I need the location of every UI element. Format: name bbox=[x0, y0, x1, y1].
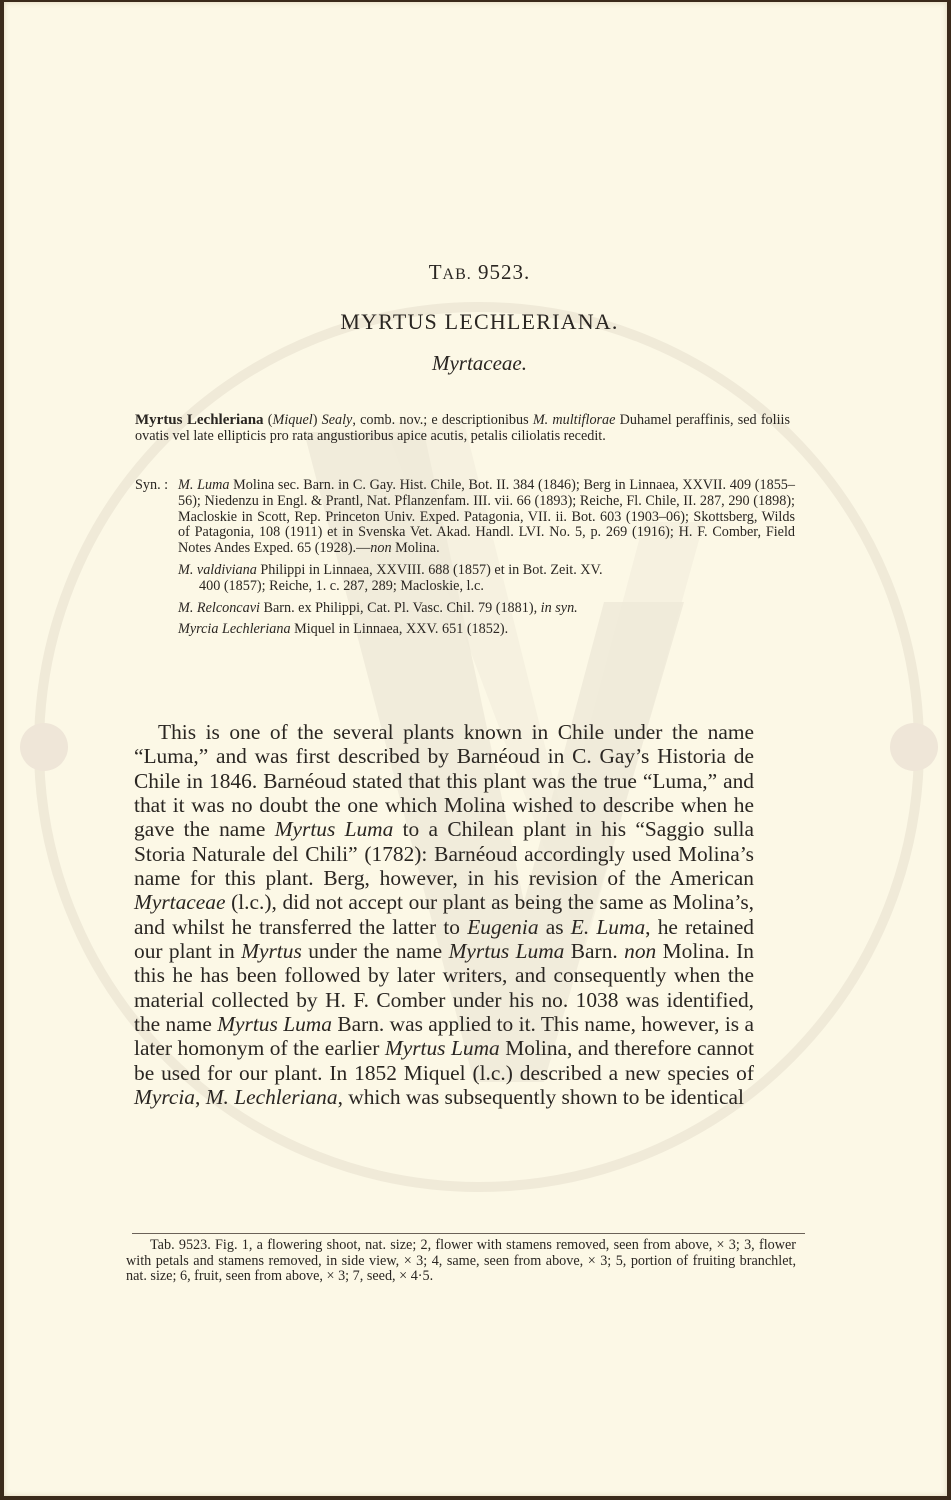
species-name: Myrtus Lechleriana bbox=[135, 412, 264, 428]
family-name: Myrtaceae. bbox=[4, 351, 947, 376]
synonymy-label: Syn. : bbox=[135, 478, 178, 557]
synonym-entry: Syn. : M. Luma Molina sec. Barn. in C. G… bbox=[135, 478, 795, 557]
plate-caption: Tab. 9523. Fig. 1, a flowering shoot, na… bbox=[126, 1238, 796, 1285]
latin-diagnosis: Myrtus Lechleriana (Miquel) Sealy, comb.… bbox=[135, 412, 790, 444]
page: TAB. 9523. MYRTUS LECHLERIANA. Myrtaceae… bbox=[4, 2, 947, 1496]
plate-number: TAB. 9523. bbox=[4, 260, 947, 285]
species-title: MYRTUS LECHLERIANA. bbox=[4, 309, 947, 335]
body-paragraph: This is one of the several plants known … bbox=[134, 720, 754, 1110]
synonymy: Syn. : M. Luma Molina sec. Barn. in C. G… bbox=[135, 478, 795, 638]
footnote-rule bbox=[132, 1233, 805, 1234]
synonym-entry: Myrcia Lechleriana Miquel in Linnaea, XX… bbox=[178, 622, 795, 638]
synonym-entry: M. valdiviana Philippi in Linnaea, XXVII… bbox=[178, 563, 795, 595]
synonym-entry: M. Relconcavi Barn. ex Philippi, Cat. Pl… bbox=[178, 601, 795, 617]
